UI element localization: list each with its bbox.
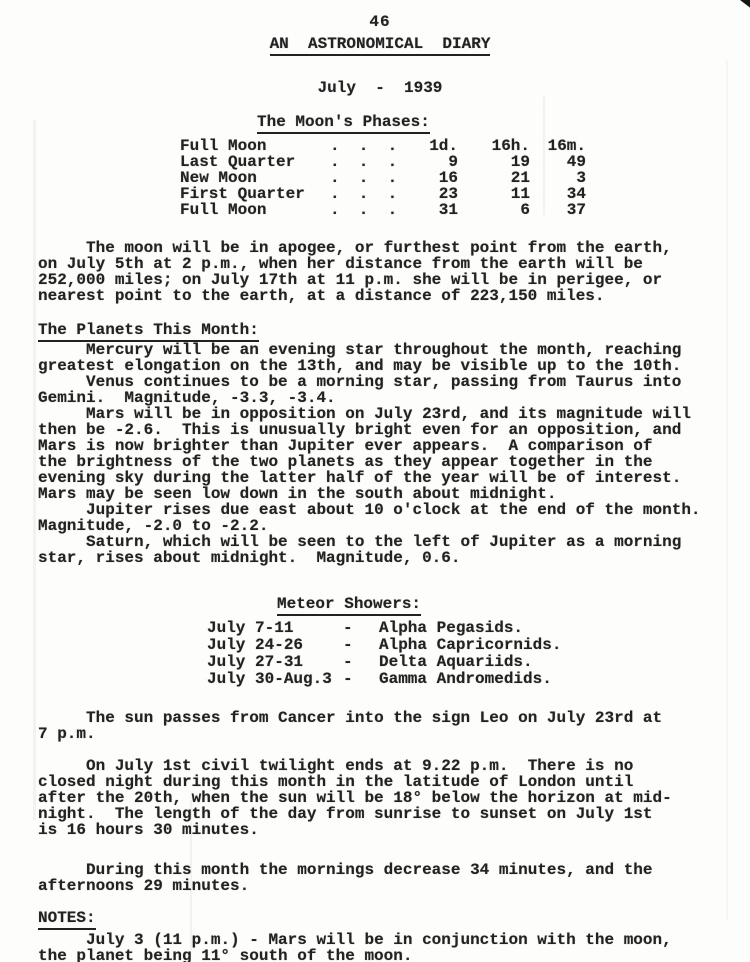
leader-dots: . . . [330,154,408,170]
moon-phase-row: New Moon . . . 16 21 3 [180,170,722,186]
phase-minute: 49 [530,154,586,170]
shower-name: Delta Aquariids. [379,654,533,671]
sun-sign-paragraph: The sun passes from Cancer into the sign… [38,710,722,742]
notes-heading-line: NOTES: [38,910,722,930]
phase-minute: 37 [530,202,586,218]
moon-phase-row: Last Quarter . . . 9 19 49 [180,154,722,170]
phase-hour: 19 [458,154,530,170]
venus-paragraph: Venus continues to be a morning star, pa… [38,374,722,406]
leader-dots: . . . [330,138,408,154]
dash-separator: - [343,637,379,654]
title-line: AN ASTRONOMICAL DIARY [38,36,722,56]
leader-dots: . . . [330,170,408,186]
phase-minute: 16m. [530,138,586,154]
shower-name: Alpha Pegasids. [379,620,523,637]
mars-paragraph: Mars will be in opposition on July 23rd,… [38,406,722,502]
jupiter-paragraph: Jupiter rises due east about 10 o'clock … [38,502,722,534]
page-number: 46 [38,14,722,30]
phase-day: 31 [408,202,458,218]
moon-phases-heading-line: The Moon's Phases: [257,114,722,134]
moon-phase-row: Full Moon . . . 31 6 37 [180,202,722,218]
planets-heading-line: The Planets This Month: [38,322,722,342]
notes-body: July 3 (11 p.m.) - Mars will be in conju… [38,932,722,962]
phase-day: 9 [408,154,458,170]
phase-name: New Moon [180,170,330,186]
meteor-shower-row: July 27-31 - Delta Aquariids. [207,654,722,671]
phase-day: 16 [408,170,458,186]
phase-name: Last Quarter [180,154,330,170]
phase-day: 1d. [408,138,458,154]
shower-name: Alpha Capricornids. [379,637,561,654]
notes-heading: NOTES: [38,910,96,930]
page-subtitle: July - 1939 [38,80,722,96]
planets-heading: The Planets This Month: [38,322,259,342]
shower-dates: July 24-26 [207,637,343,654]
meteor-showers-heading: Meteor Showers: [277,596,421,616]
shower-name: Gamma Andromedids. [379,671,552,688]
mornings-paragraph: During this month the mornings decrease … [38,862,722,894]
meteor-shower-row: July 7-11 - Alpha Pegasids. [207,620,722,637]
mercury-paragraph: Mercury will be an evening star througho… [38,342,722,374]
phase-minute: 3 [530,170,586,186]
dash-separator: - [343,620,379,637]
saturn-paragraph: Saturn, which will be seen to the left o… [38,534,722,566]
phase-name: First Quarter [180,186,330,202]
twilight-paragraph: On July 1st civil twilight ends at 9.22 … [38,758,722,838]
meteor-showers-table: July 7-11 - Alpha Pegasids. July 24-26 -… [38,620,722,688]
dash-separator: - [343,654,379,671]
moon-phases-table: Full Moon . . . 1d. 16h. 16m. Last Quart… [38,138,722,218]
phase-minute: 34 [530,186,586,202]
phase-hour: 21 [458,170,530,186]
phase-hour: 11 [458,186,530,202]
shower-dates: July 30-Aug.3 [207,671,343,688]
meteor-shower-row: July 24-26 - Alpha Capricornids. [207,637,722,654]
page-content: 46 AN ASTRONOMICAL DIARY July - 1939 The… [0,0,750,962]
dash-separator: - [343,671,379,688]
moon-phase-row: First Quarter . . . 23 11 34 [180,186,722,202]
meteor-showers-heading-line: Meteor Showers: [277,596,722,616]
document-page: 46 AN ASTRONOMICAL DIARY July - 1939 The… [0,0,750,962]
leader-dots: . . . [330,186,408,202]
page-title: AN ASTRONOMICAL DIARY [270,36,491,56]
phase-name: Full Moon [180,202,330,218]
meteor-shower-row: July 30-Aug.3 - Gamma Andromedids. [207,671,722,688]
shower-dates: July 27-31 [207,654,343,671]
moon-phase-row: Full Moon . . . 1d. 16h. 16m. [180,138,722,154]
moon-phases-heading: The Moon's Phases: [257,114,430,134]
phase-hour: 16h. [458,138,530,154]
phase-day: 23 [408,186,458,202]
phase-name: Full Moon [180,138,330,154]
shower-dates: July 7-11 [207,620,343,637]
moon-apogee-paragraph: The moon will be in apogee, or furthest … [38,240,722,304]
leader-dots: . . . [330,202,408,218]
phase-hour: 6 [458,202,530,218]
